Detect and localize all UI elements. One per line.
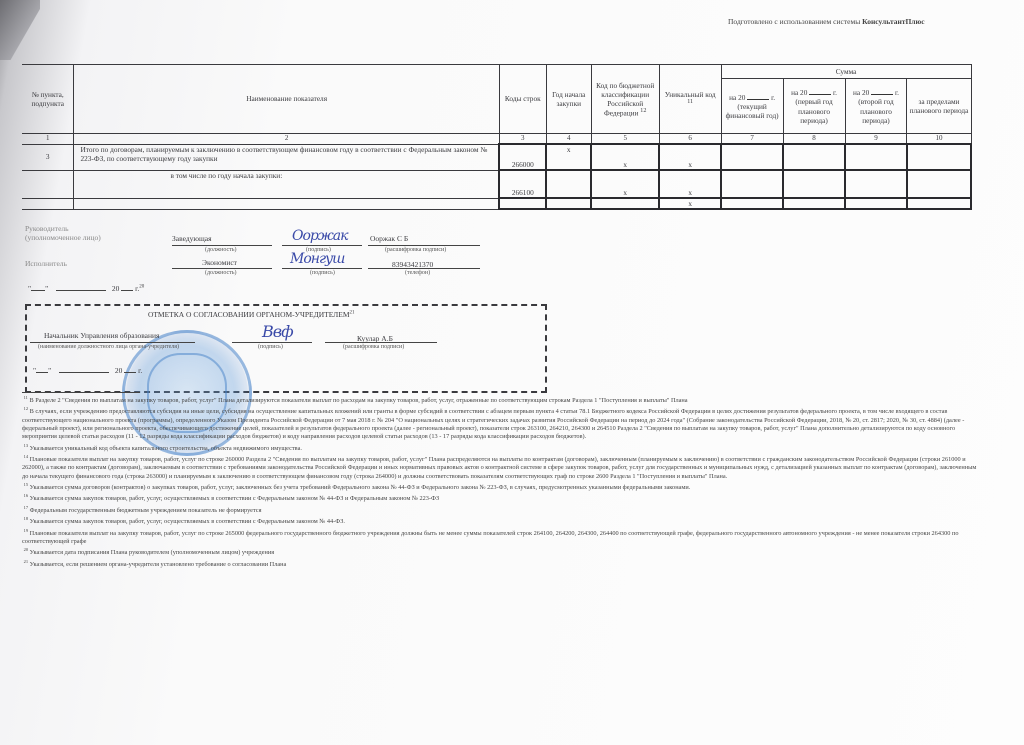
sum-cell[interactable] (845, 144, 907, 170)
executor-position-line (172, 268, 272, 269)
table-row: 3 Итого по договорам, планируемым к закл… (22, 144, 971, 170)
footnote-separator (22, 392, 140, 393)
approval-position: Начальник Управления образования (44, 331, 160, 340)
footnote: 15 Указывается сумма договоров (контракт… (22, 481, 977, 492)
table-row: в том числе по году начала закупки: 2661… (22, 170, 971, 198)
head-label: Руководитель (25, 224, 69, 233)
sum-cell[interactable] (907, 170, 971, 198)
footnote: 21 Указывается, если решением органа-учр… (22, 558, 977, 569)
approval-title: ОТМЕТКА О СОГЛАСОВАНИИ ОРГАНОМ-УЧРЕДИТЕЛ… (148, 310, 355, 319)
sum-cell[interactable] (907, 144, 971, 170)
consultant-plus-header: Подготовлено с использованием системы Ко… (728, 17, 925, 26)
sum-cell[interactable] (845, 198, 907, 209)
sum-cell[interactable] (783, 144, 845, 170)
approval-position-caption: (наименование должностного лица органа-у… (38, 344, 179, 350)
footnote: 17 Федеральным государственным бюджетным… (22, 504, 977, 515)
executor-signature: Монгуш (290, 251, 344, 267)
approval-date: "" 20 г. (33, 366, 142, 375)
header-sum-current-year: на 20 г. (текущий финансовый год) (721, 79, 783, 134)
header-sum: Сумма (721, 65, 971, 79)
footnote: 19 Плановые показатели выплат на закупку… (22, 527, 977, 547)
sum-cell[interactable] (783, 170, 845, 198)
approval-name-caption: (расшифровка подписи) (343, 344, 404, 350)
approval-signature: Ввф (262, 322, 293, 341)
head-name: Ооржак С Б (370, 234, 408, 243)
approval-signature-caption: (подпись) (258, 344, 283, 350)
head-position-line (172, 245, 272, 246)
footnote: 13 Указывается уникальный код объекта ка… (22, 442, 977, 453)
header-unique-code: Уникальный код 11 (659, 65, 721, 134)
head-name-caption: (расшифровка подписи) (385, 247, 446, 253)
sum-cell[interactable] (783, 198, 845, 209)
executor-label: Исполнитель (25, 259, 67, 268)
footnote: 18 Указывается сумма закупок товаров, ра… (22, 515, 977, 526)
system-name: КонсультантПлюс (862, 17, 924, 26)
date-line: "" 20 г.20 (28, 284, 144, 293)
footnotes: 11 В Разделе 2 "Сведения по выплатам на … (22, 394, 977, 569)
executor-phone-line (368, 268, 480, 269)
footnote: 12 В случаях, если учреждению предоставл… (22, 405, 977, 441)
header-num: № пункта, подпункта (22, 65, 74, 134)
table-row: x (22, 198, 971, 209)
column-number-row: 1 2 3 4 5 6 7 8 9 10 (22, 134, 971, 145)
head-name-line (368, 245, 480, 246)
footnote: 20 Указывается дата подписания Плана рук… (22, 546, 977, 557)
footnote: 11 В Разделе 2 "Сведения по выплатам на … (22, 394, 977, 405)
header-sum-first-plan-year: на 20 г. (первый год планового периода) (783, 79, 845, 134)
scanned-page: Подготовлено с использованием системы Ко… (0, 0, 1024, 745)
footnote: 14 Плановые показатели выплат на закупку… (22, 453, 977, 481)
purchases-table: № пункта, подпункта Наименование показат… (22, 64, 972, 210)
approval-signature-line (232, 342, 312, 343)
head-signature: Ооржак (292, 228, 348, 244)
approval-name-line (325, 342, 437, 343)
prepared-with-text: Подготовлено с использованием системы (728, 17, 860, 26)
header-kbk: Код по бюджетной классификации Российско… (591, 65, 659, 134)
head-label-2: (уполномоченное лицо) (25, 233, 101, 242)
executor-phone-caption: (телефон) (405, 270, 430, 276)
sum-cell[interactable] (721, 198, 783, 209)
page-fold-shadow (0, 0, 40, 60)
sum-cell[interactable] (907, 198, 971, 209)
executor-position-caption: (должность) (205, 270, 237, 276)
head-position: Заведующая (172, 234, 212, 243)
header-sum-beyond: за пределами планового периода (907, 79, 971, 134)
table-header-row: № пункта, подпункта Наименование показат… (22, 65, 971, 79)
executor-signature-line (282, 268, 362, 269)
sum-cell[interactable] (721, 144, 783, 170)
sum-cell[interactable] (721, 170, 783, 198)
approval-position-line (30, 342, 195, 343)
executor-signature-caption: (подпись) (310, 270, 335, 276)
header-name: Наименование показателя (74, 65, 499, 134)
header-year-start: Год начала закупки (546, 65, 591, 134)
head-position-caption: (должность) (205, 247, 237, 253)
header-codes: Коды строк (499, 65, 546, 134)
footnote: 16 Указывается сумма закупок товаров, ра… (22, 492, 977, 503)
executor-position: Экономист (202, 258, 237, 267)
sum-cell[interactable] (845, 170, 907, 198)
header-sum-second-plan-year: на 20 г. (второй год планового периода) (845, 79, 907, 134)
head-signature-line (282, 245, 362, 246)
